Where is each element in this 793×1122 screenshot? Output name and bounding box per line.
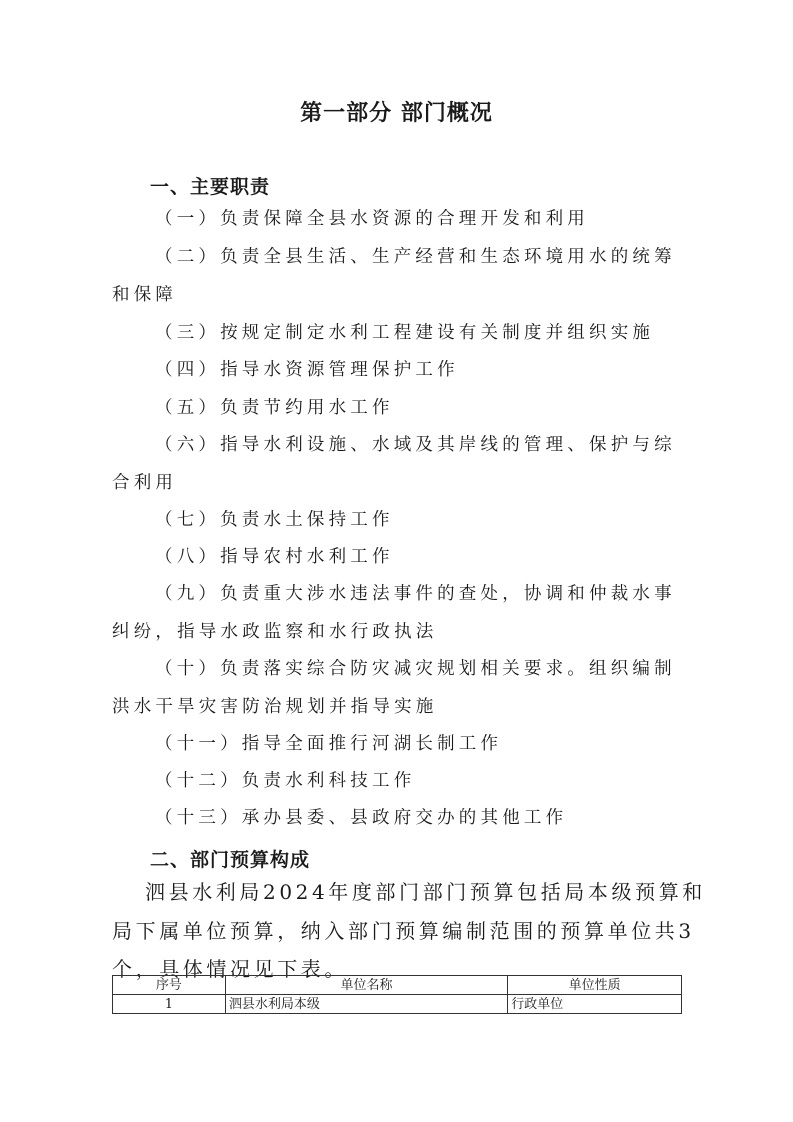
duty-line: （十一）指导全面推行河湖长制工作 [155,730,502,755]
cell-index: 1 [113,995,226,1014]
column-header-index: 序号 [113,976,226,995]
duty-line: 和保障 [112,281,177,306]
table-row: 1 泗县水利局本级 行政单位 [113,995,682,1014]
section-heading-budget-composition: 二、部门预算构成 [150,845,310,872]
budget-paragraph-line: 泗县水利局2024年度部门部门预算包括局本级预算和 [145,876,706,905]
budget-paragraph-line: 局下属单位预算，纳入部门预算编制范围的预算单位共3 [112,915,695,944]
duty-line: 纠纷，指导水政监察和水行政执法 [112,618,438,643]
column-header-unit-type: 单位性质 [508,976,682,995]
duty-line: （五）负责节约用水工作 [155,394,394,419]
budget-units-table: 序号 单位名称 单位性质 1 泗县水利局本级 行政单位 [112,975,682,1014]
duty-line: （三）按规定制定水利工程建设有关制度并组织实施 [155,319,654,344]
duty-line: （一）负责保障全县水资源的合理开发和利用 [155,205,589,230]
section-heading-main-duties: 一、主要职责 [150,172,270,199]
duty-line: （六）指导水利设施、水域及其岸线的管理、保护与综 [155,431,676,456]
column-header-unit-name: 单位名称 [225,976,507,995]
document-page: 第一部分 部门概况 一、主要职责 （一）负责保障全县水资源的合理开发和利用（二）… [0,0,793,1122]
duty-line: （十）负责落实综合防灾减灾规划相关要求。组织编制 [155,655,676,680]
duty-line: 合利用 [112,469,177,494]
duty-line: （十二）负责水利科技工作 [155,767,415,792]
duty-line: （二）负责全县生活、生产经营和生态环境用水的统筹 [155,243,676,268]
duty-line: （四）指导水资源管理保护工作 [155,356,459,381]
table-header-row: 序号 单位名称 单位性质 [113,976,682,995]
page-title: 第一部分 部门概况 [0,96,793,127]
duty-line: （八）指导农村水利工作 [155,543,394,568]
duty-line: （九）负责重大涉水违法事件的查处，协调和仲裁水事 [155,580,676,605]
duty-line: 洪水干旱灾害防治规划并指导实施 [112,693,438,718]
duty-line: （十三）承办县委、县政府交办的其他工作 [155,804,567,829]
duty-line: （七）负责水土保持工作 [155,506,394,531]
cell-unit-type: 行政单位 [508,995,682,1014]
cell-unit-name: 泗县水利局本级 [225,995,507,1014]
